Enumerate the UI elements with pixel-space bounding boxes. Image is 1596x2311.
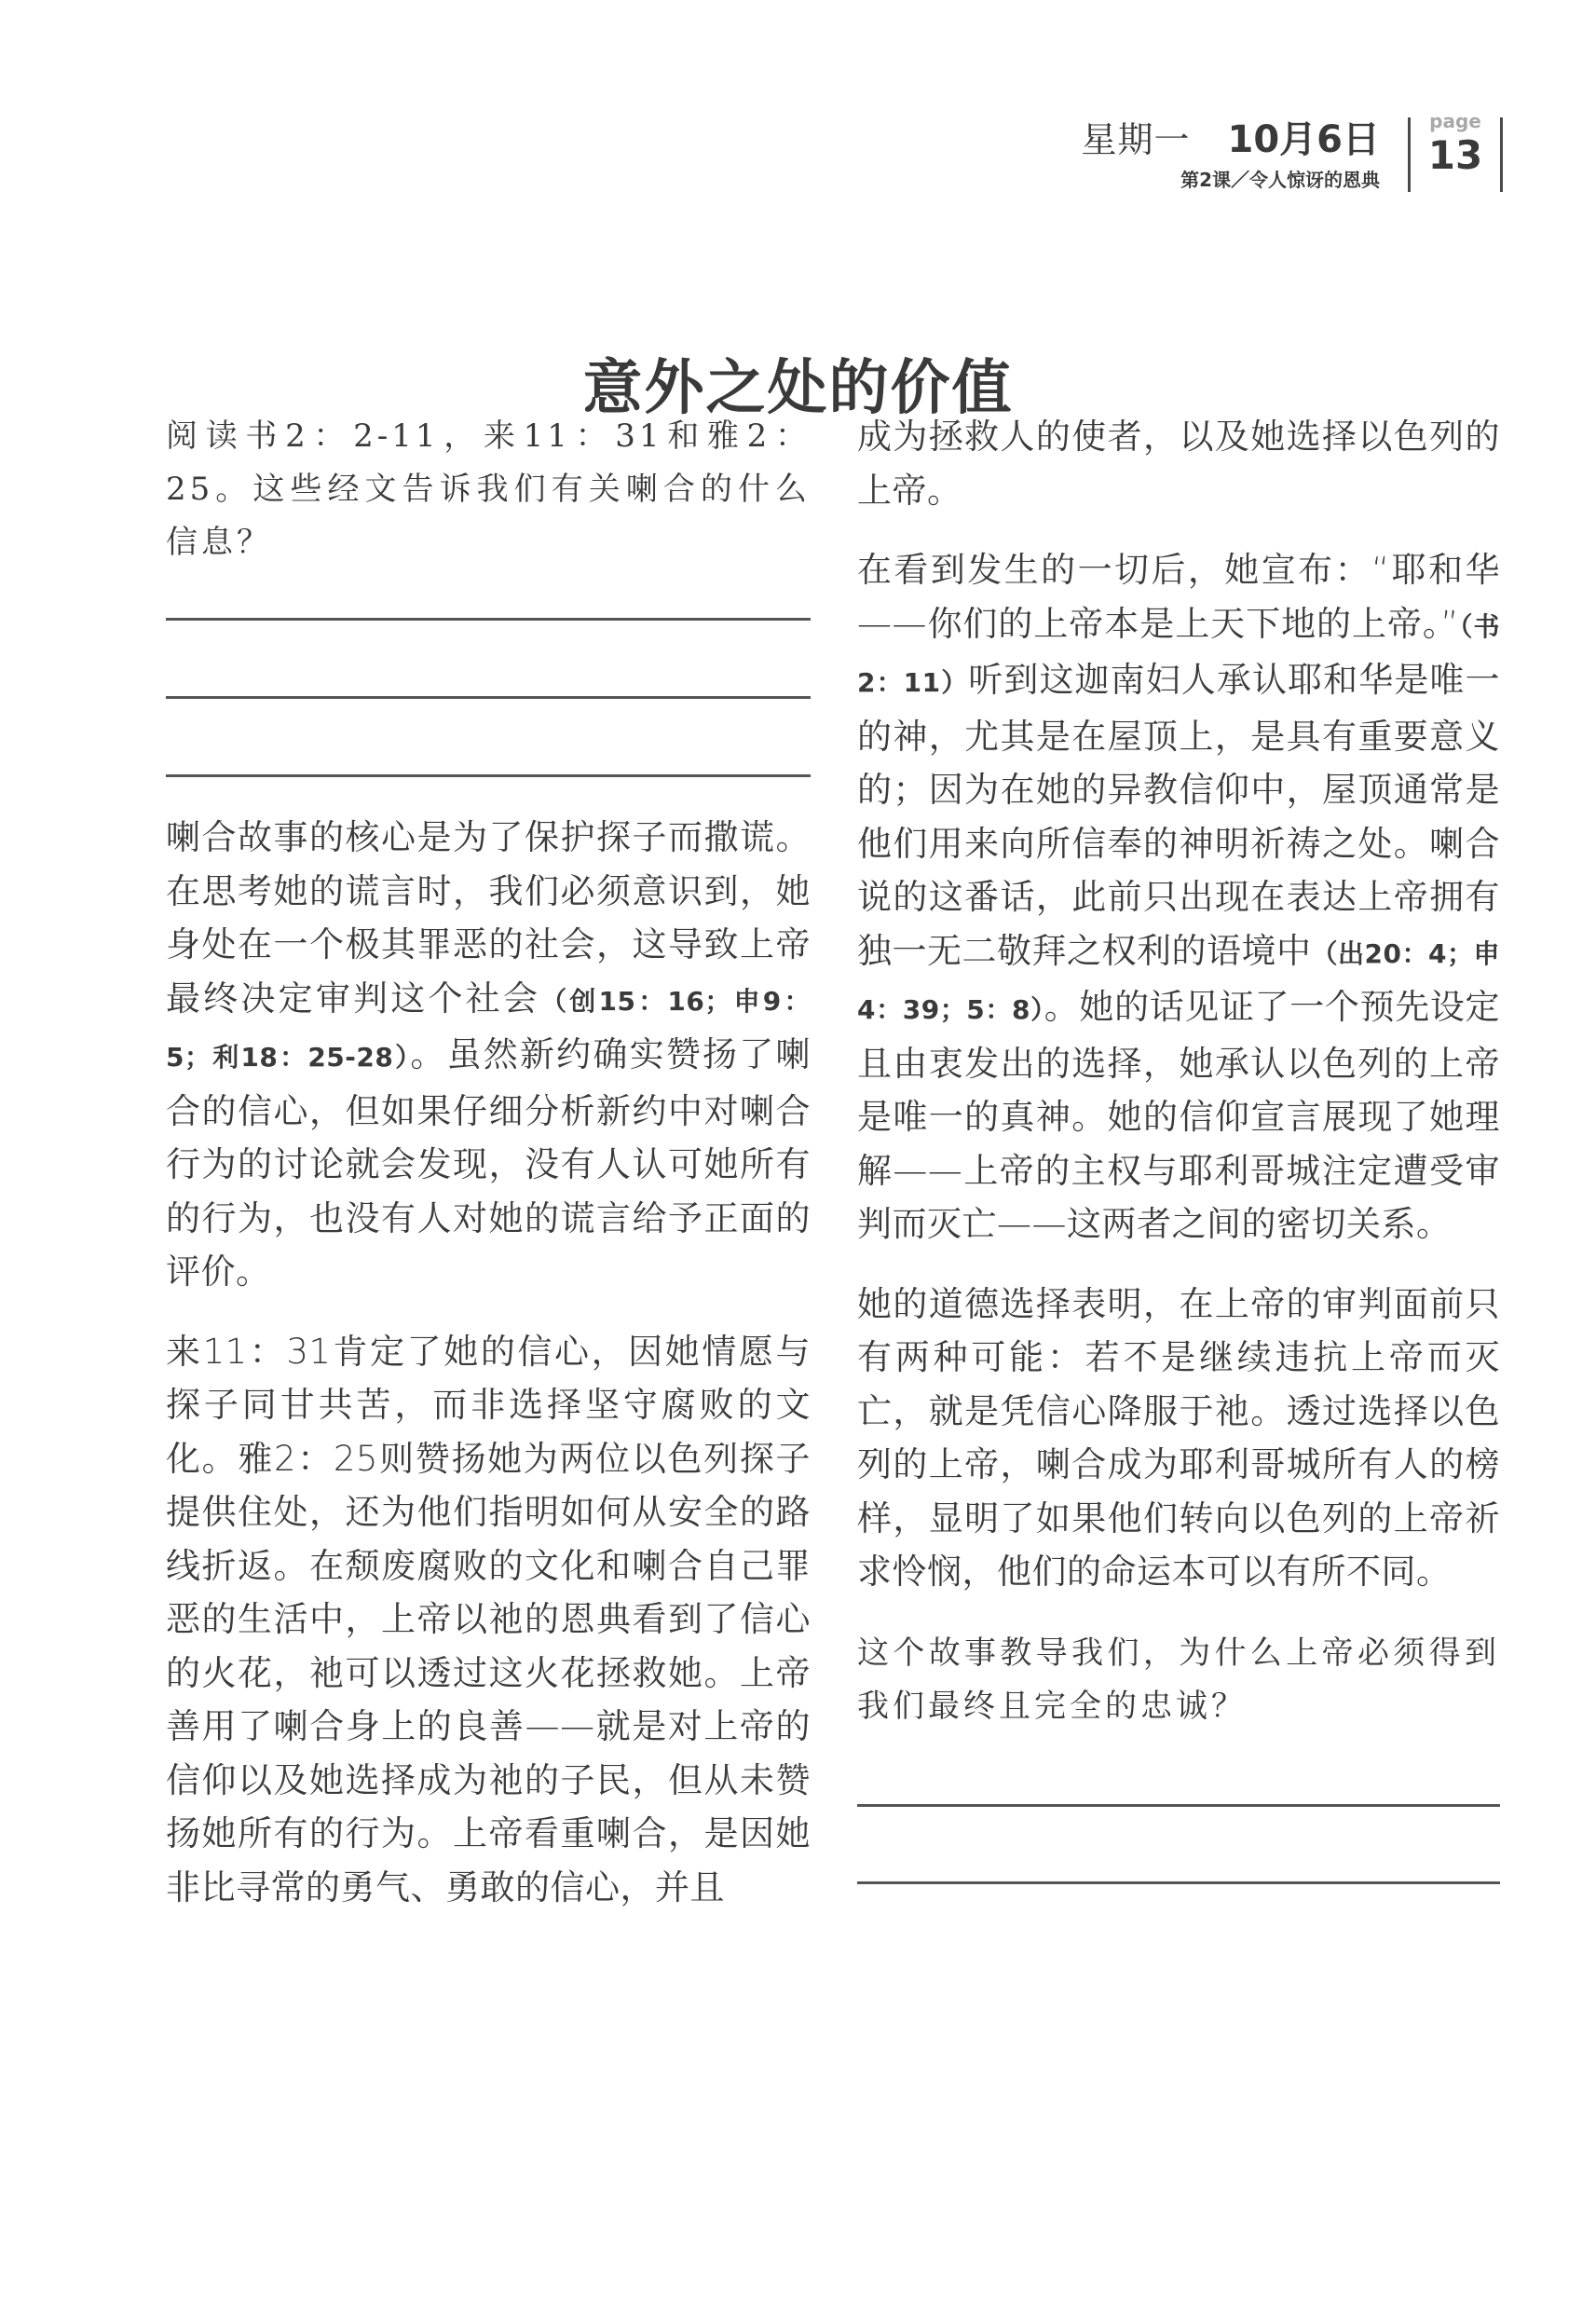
answer-area-right[interactable] (857, 1804, 1500, 1884)
page-number-block: page 13 (1411, 117, 1503, 192)
answer-line (166, 618, 811, 621)
answer-area-left[interactable] (166, 618, 811, 777)
answer-line (857, 1881, 1500, 1884)
right-column: 成为拯救人的使者，以及她选择以色列的上帝。 在看到发生的一切后，她宣布：“耶和华… (857, 410, 1500, 1884)
lesson-subtitle: 第2课／令人惊讶的恩典 (1180, 165, 1380, 192)
paragraph: 在看到发生的一切后，她宣布：“耶和华——你们的上帝本是上天下地的上帝。”（书2：… (857, 543, 1500, 1251)
header-date-block: 星期一 10月6日 第2课／令人惊讶的恩典 (1081, 117, 1411, 192)
paragraph: 喇合故事的核心是为了保护探子而撒谎。在思考她的谎言时，我们必须意识到，她身处在一… (166, 811, 811, 1299)
paragraph: 来11：31肯定了她的信心，因她情愿与探子同甘共苦，而非选择坚守腐败的文化。雅2… (166, 1325, 811, 1915)
answer-line (166, 774, 811, 777)
weekday: 星期一 (1081, 111, 1190, 162)
left-column: 阅读书2：2-11，来11：31和雅2：25。这些经文告诉我们有关喇合的什么信息… (166, 410, 811, 1914)
page-header: 星期一 10月6日 第2课／令人惊讶的恩典 page 13 (1081, 112, 1503, 196)
paragraph: 她的道德选择表明，在上帝的审判面前只有两种可能：若不是继续违抗上帝而灭亡，就是凭… (857, 1278, 1500, 1599)
answer-line (166, 696, 811, 699)
study-question: 这个故事教导我们，为什么上帝必须得到我们最终且完全的忠诚？ (857, 1627, 1500, 1733)
paragraph-text: 。她的话见证了一个预先设定且由衷发出的选择，她承认以色列的上帝是唯一的真神。她的… (857, 987, 1500, 1244)
day-row: 星期一 10月6日 (1081, 110, 1380, 163)
page-label: page (1429, 110, 1481, 132)
study-question: 阅读书2：2-11，来11：31和雅2：25。这些经文告诉我们有关喇合的什么信息… (166, 410, 811, 569)
paragraph: 成为拯救人的使者，以及她选择以色列的上帝。 (857, 410, 1500, 517)
paragraph-text: 在看到发生的一切后，她宣布：“耶和华——你们的上帝本是上天下地的上帝。” (857, 550, 1500, 644)
date: 10月6日 (1228, 110, 1381, 163)
answer-line (857, 1804, 1500, 1807)
page-number: 13 (1428, 132, 1482, 179)
paragraph-text: 。虽然新约确实赞扬了喇合的信心，但如果仔细分析新约中对喇合行为的讨论就会发现，没… (166, 1034, 811, 1292)
paragraph-text: 听到这迦南妇人承认耶和华是唯一的神，尤其是在屋顶上，是具有重要意义的；因为在她的… (857, 660, 1500, 971)
